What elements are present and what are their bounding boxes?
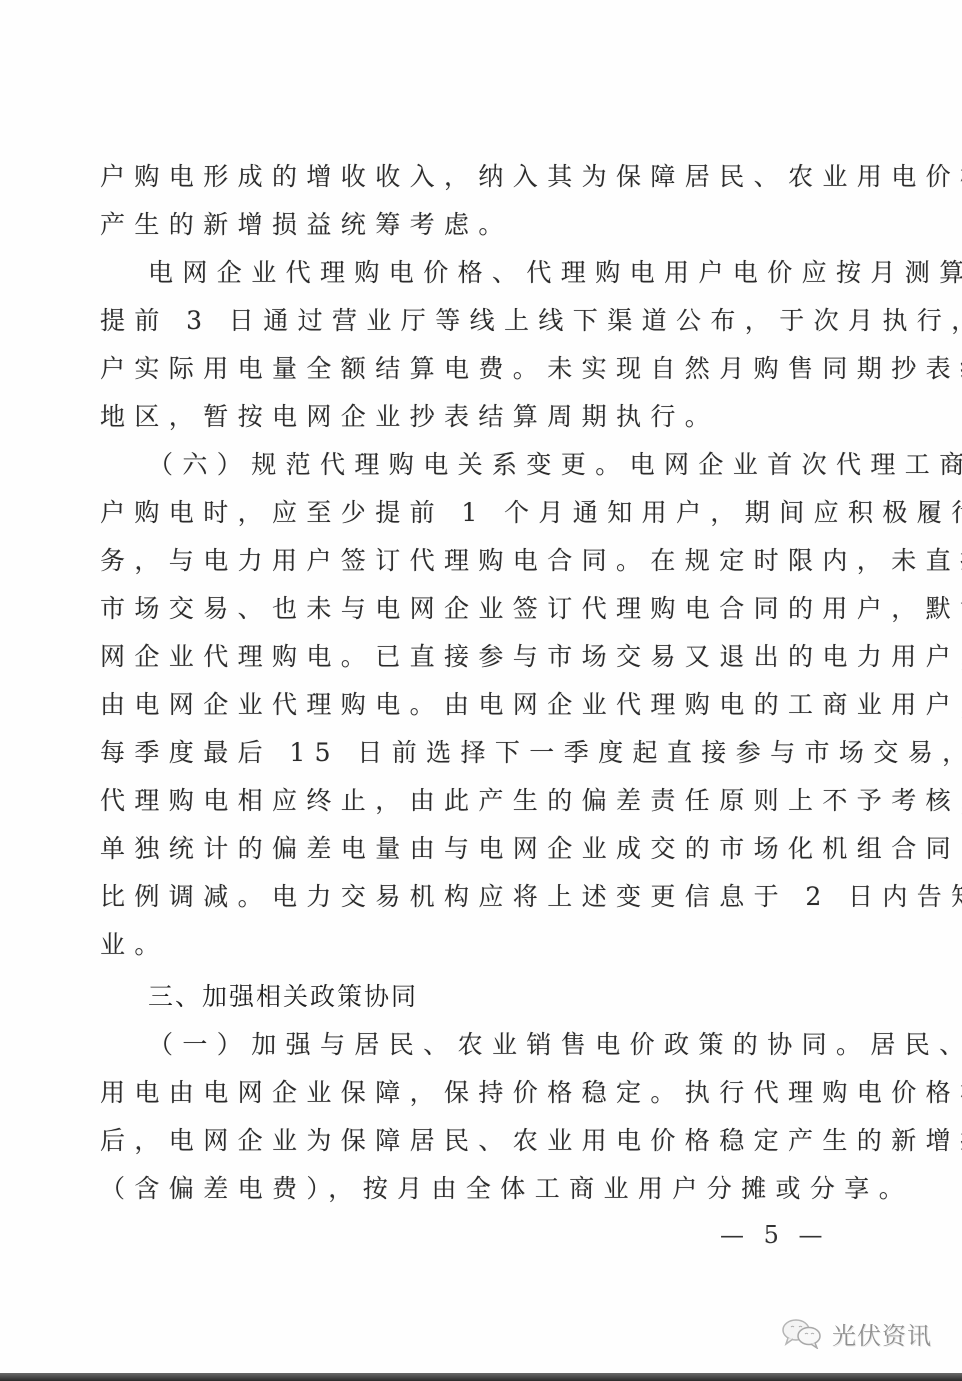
body-line: 用电由电网企业保障，保持价格稳定。执行代理购电价格机制 [100,1078,810,1108]
bottom-border [0,1373,962,1381]
body-line: 单独统计的偏差电量由与电网企业成交的市场化机组合同电量等 [100,834,810,864]
body-line: 户实际用电量全额结算电费。未实现自然月购售同期抄表结算的 [100,354,810,384]
wechat-icon [780,1317,826,1349]
body-line: 户购电形成的增收收入，纳入其为保障居民、农业用电价格稳定 [100,162,810,192]
watermark: 光伏资讯 [780,1315,932,1351]
document-page: 户购电形成的增收收入，纳入其为保障居民、农业用电价格稳定 产生的新增损益统筹考虑… [0,0,962,1373]
body-line: 代理购电相应终止，由此产生的偏差责任原则上不予考核，能够 [100,786,810,816]
watermark-text: 光伏资讯 [832,1316,932,1351]
body-line: 户购电时，应至少提前 1 个月通知用户，期间应积极履行告知义 [100,498,810,528]
body-line: 每季度最后 15 日前选择下一季度起直接参与市场交易，电网企业 [100,738,810,768]
body-line: 由电网企业代理购电。由电网企业代理购电的工商业用户，可在 [100,690,810,720]
body-line: 务，与电力用户签订代理购电合同。在规定时限内，未直接参与 [100,546,810,576]
page-number: — 5 — [720,1220,829,1250]
section-heading: 三、加强相关政策协同 [148,982,418,1012]
body-line: 电网企业代理购电价格、代理购电用户电价应按月测算，并 [148,258,810,288]
body-line: 网企业代理购电。已直接参与市场交易又退出的电力用户，默认 [100,642,810,672]
body-line: （六）规范代理购电关系变更。电网企业首次代理工商业用 [148,450,810,480]
body-line: 业。 [100,930,810,960]
body-line: 市场交易、也未与电网企业签订代理购电合同的用户，默认由电 [100,594,810,624]
body-line: 地区，暂按电网企业抄表结算周期执行。 [100,402,810,432]
body-line: （一）加强与居民、农业销售电价政策的协同。居民、农业 [148,1030,810,1060]
body-line: 后，电网企业为保障居民、农业用电价格稳定产生的新增损益 [100,1126,810,1156]
body-line: 比例调减。电力交易机构应将上述变更信息于 2 日内告知电网企 [100,882,810,912]
body-line: （含偏差电费），按月由全体工商业用户分摊或分享。 [100,1174,810,1204]
body-line: 提前 3 日通过营业厅等线上线下渠道公布，于次月执行，并按用 [100,306,810,336]
body-line: 产生的新增损益统筹考虑。 [100,210,810,240]
